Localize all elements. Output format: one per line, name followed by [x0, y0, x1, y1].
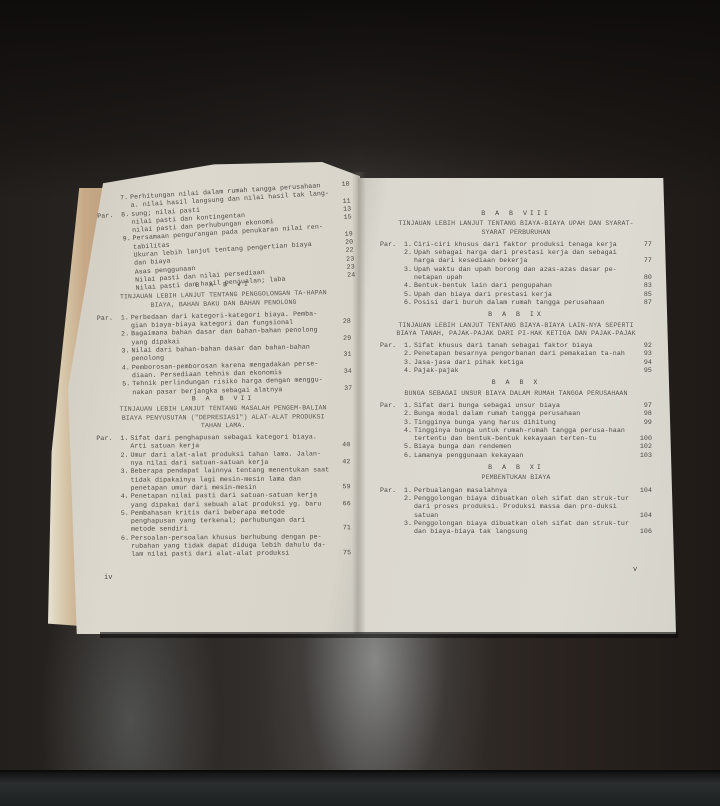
chapter-title: PEMBENTUKAN BIAYA [394, 474, 638, 482]
toc-entry: Par.1.Sifat dari penghapusan sebagai kat… [96, 433, 350, 451]
toc-par-label [100, 261, 124, 262]
chapter-heading: B A B VII [96, 394, 350, 404]
toc-page-number: 103 [636, 452, 652, 460]
toc-entry: 2.Bunga modal dalam rumah tangga perusah… [380, 410, 652, 418]
toc-list: Par.1.Sifat dari penghapusan sebagai kat… [96, 433, 351, 559]
toc-entry: 6.Persoalan-persoalan khusus berhubung d… [97, 533, 351, 560]
toc-par-label: Par. [380, 241, 404, 249]
toc-par-label [99, 244, 123, 245]
toc-par-label [97, 331, 121, 332]
toc-page-number: 77 [636, 241, 652, 249]
toc-page-number: 10 [334, 180, 350, 189]
toc-page-number: 71 [335, 525, 351, 533]
toc-page-number: 77 [636, 257, 652, 265]
toc-list: Par.1.Perbualangan masalahnya1042.Penggo… [380, 487, 652, 537]
toc-entry-number: 2. [120, 452, 130, 460]
toc-entry-number [124, 252, 134, 253]
toc-entry-text: Persoalan-persoalan khusus berhubung den… [131, 533, 335, 559]
toc-entry-text: Beberapa pendapat lainnya tentang menent… [131, 467, 335, 493]
toc-entry-number: 7. [120, 194, 130, 203]
book-spine-gutter [352, 172, 366, 634]
chapter-title: TINJAUAN LEBIH LANJUT TENTANG BIAYA-BIAY… [394, 220, 638, 237]
toc-entry: Par.1.Sifat khusus dari tanah sebagai fa… [380, 342, 652, 350]
chapter-title: BUNGA SEBAGAI UNSUR BIAYA DALAM RUMAH TA… [394, 390, 638, 398]
toc-entry-text: Sifat dari penghapusan sebagai kategori … [130, 434, 334, 452]
toc-entry-number: 5. [121, 510, 131, 518]
toc-entry-text: Tingginya bunga yang harus dihitung [414, 419, 636, 427]
toc-entry-number: 9. [122, 235, 132, 244]
toc-page-number: 97 [636, 402, 652, 410]
toc-entry-number: 5. [122, 381, 132, 390]
toc-entry-text: Pembahasan kritis dari beberapa metode p… [131, 508, 335, 534]
toc-list: Par.1.Perbedaan dari kategori-kategori b… [97, 310, 353, 398]
toc-entry-number: 3. [404, 419, 414, 427]
toc-page-number: 100 [636, 435, 652, 443]
toc-par-label [100, 253, 124, 254]
chapter-heading: B A B XI [380, 464, 652, 472]
page-number-left: iv [104, 574, 112, 582]
toc-entry-number [124, 260, 134, 261]
toc-page-number: 59 [335, 483, 351, 491]
toc-entry-text: Penggolongan biaya dibuatkan oleh sifat … [414, 495, 636, 520]
toc-page-number: 102 [636, 443, 652, 451]
toc-par-label [98, 228, 122, 229]
toc-page-number: 92 [636, 342, 652, 350]
toc-entry: 6.Posisi dari buruh dalam rumah tangga p… [380, 299, 652, 307]
toc-page-number: 29 [335, 334, 351, 343]
toc-list: Par.1.Ciri-ciri khusus dari faktor produ… [380, 241, 652, 307]
toc-entry-text: Upah dan biaya dari prestasi kerja [414, 291, 636, 299]
toc-entry-number: 4. [404, 427, 414, 435]
toc-entry-text: Perbualangan masalahnya [414, 487, 636, 495]
toc-entry-number: 6. [121, 535, 131, 543]
toc-entry-number: 3. [404, 520, 414, 528]
toc-entry-text: Bentuk-bentuk lain dari pengupahan [414, 282, 636, 290]
toc-entry-number: 4. [122, 364, 132, 373]
toc-entry: 3.Jasa-jasa dari pihak ketiga94 [380, 359, 652, 367]
toc-entry: 5.Biaya bunga dan rendemen102 [380, 443, 652, 451]
page-number-right: v [633, 566, 637, 574]
toc-entry-number: 2. [404, 350, 414, 358]
toc-entry-number: 3. [404, 359, 414, 367]
chapter-heading: B A B IX [380, 311, 652, 319]
toc-par-label [97, 203, 121, 204]
toc-entry-number: 1. [404, 342, 414, 350]
toc-entry-text: Upah sebagai harga dari prestasi kerja d… [414, 249, 636, 266]
toc-entry: 5.Pembahasan kritis dari beberapa metode… [97, 508, 351, 535]
toc-page-number: 99 [636, 419, 652, 427]
bab-vii-section: B A B VII TINJAUAN LEBIH LANJUT TENTANG … [96, 390, 351, 559]
toc-entry-number: 3. [121, 347, 131, 356]
toc-entry-text: Lamanya penggunaan kekayaan [414, 452, 636, 460]
toc-page-number: 31 [336, 351, 352, 360]
toc-entry-text: Sifat khusus dari tanah sebagai faktor b… [414, 342, 636, 350]
toc-entry-number [122, 227, 132, 228]
toc-entry-number: 6. [404, 299, 414, 307]
toc-entry: Par.1.Ciri-ciri khusus dari faktor produ… [380, 241, 652, 249]
toc-par-label: Par. [97, 314, 121, 323]
toc-list: Par.1.Sifat dari bunga sebagai unsur bia… [380, 402, 652, 460]
toc-entry-number: 1. [404, 487, 414, 495]
toc-entry-number: 2. [121, 331, 131, 340]
toc-page-number: 66 [335, 500, 351, 508]
toc-entry: 4.Bentuk-bentuk lain dari pengupahan83 [380, 282, 652, 290]
toc-entry-text: Ciri-ciri khusus dari faktor produksi te… [414, 241, 636, 249]
toc-entry-number: 3. [121, 468, 131, 476]
toc-entry: 4.Tingginya bunga untuk rumah-rumah tang… [380, 427, 652, 444]
toc-entry-text: Posisi dari buruh dalam rumah tangga per… [414, 299, 636, 307]
toc-entry: 3.Tingginya bunga yang harus dihitung99 [380, 419, 652, 427]
toc-entry-text: Penetapan besarnya pengorbanan dari pema… [414, 350, 636, 358]
toc-entry-number: 4. [404, 282, 414, 290]
toc-entry-text: Upah waktu dan upah borong dan azas-azas… [414, 266, 636, 283]
toc-par-label [98, 364, 122, 365]
toc-page-number: 15 [336, 214, 352, 223]
chapter-title: TINJAUAN LEBIH LANJUT TENTANG PENGGOLONG… [110, 289, 336, 310]
toc-page-number: 80 [636, 274, 652, 282]
table-edge [0, 770, 720, 806]
toc-page-number: 40 [334, 442, 350, 450]
toc-entry-number [125, 268, 135, 269]
toc-page-number: 104 [636, 487, 652, 495]
toc-entry-text: Bunga modal dalam rumah tangga perusahaa… [414, 410, 636, 418]
toc-entry-number: 6. [404, 452, 414, 460]
toc-page-number: 104 [636, 512, 652, 520]
toc-entry: 2.Penetapan besarnya pengorbanan dari pe… [380, 350, 652, 358]
toc-entry: 3.Upah waktu dan upah borong dan azas-az… [380, 266, 652, 283]
toc-par-label [101, 269, 125, 270]
toc-entry-text: Pajak-pajak [414, 367, 636, 375]
toc-entry-text: Sifat dari bunga sebagai unsur biaya [414, 402, 636, 410]
toc-entry: 2.Umur dari alat-alat produksi tahan lam… [96, 450, 350, 468]
toc-entry-number: 1. [120, 435, 130, 443]
toc-par-label [97, 348, 121, 349]
toc-list: Par.1.Sifat khusus dari tanah sebagai fa… [380, 342, 652, 375]
toc-entry-number: 3. [404, 266, 414, 274]
toc-entry-number: 5. [404, 291, 414, 299]
toc-entry-number: 2. [404, 410, 414, 418]
toc-entry-text: Penetapan nilai pasti dari satuan-satuan… [131, 492, 335, 510]
toc-page-number: 75 [335, 550, 351, 558]
toc-par-label: Par. [97, 211, 121, 221]
bab-vi-section: B A B VI TINJAUAN LEBIH LANJUT TENTANG P… [96, 275, 352, 398]
toc-entry: 4.Pajak-pajak95 [380, 367, 652, 375]
toc-page-number: 34 [336, 368, 352, 377]
toc-page-number: 28 [335, 318, 351, 327]
page-shadow [100, 632, 678, 638]
table-shadow [0, 0, 720, 200]
toc-page-number: 42 [334, 458, 350, 466]
toc-page-number: 83 [636, 282, 652, 290]
toc-entry-number: 4. [404, 367, 414, 375]
toc-entry: 4.Penetapan nilai pasti dari satuan-satu… [97, 491, 351, 509]
toc-page-number: 106 [636, 528, 652, 536]
toc-par-label [96, 195, 120, 196]
toc-entry: Par.1.Sifat dari bunga sebagai unsur bia… [380, 402, 652, 410]
toc-entry-number: 5. [404, 443, 414, 451]
toc-page-number: 98 [636, 410, 652, 418]
right-toc: B A B VIII TINJAUAN LEBIH LANJUT TENTANG… [380, 206, 652, 536]
toc-entry: 6.Lamanya penggunaan kekayaan103 [380, 452, 652, 460]
toc-page-number: 94 [636, 359, 652, 367]
chapter-title: TINJAUAN LEBIH LANJUT TENTANG BIAYA-BIAY… [394, 322, 638, 339]
toc-par-label [99, 236, 123, 237]
toc-par-label: Par. [380, 342, 404, 350]
chapter-heading: B A B VIII [380, 210, 652, 218]
toc-par-label: Par. [380, 487, 404, 495]
toc-entry-text: Jasa-jasa dari pihak ketiga [414, 359, 636, 367]
toc-par-label [98, 381, 122, 382]
toc-entry: 2.Penggolongan biaya dibuatkan oleh sifa… [380, 495, 652, 520]
toc-entry: 3.Beberapa pendapat lainnya tentang mene… [97, 467, 351, 494]
toc-par-label: Par. [380, 402, 404, 410]
toc-page-number: 87 [636, 299, 652, 307]
toc-entry-number: 1. [404, 402, 414, 410]
chapter-title: TINJAUAN LEBIH LANJUT TENTANG MASALAH PE… [110, 405, 336, 431]
toc-par-label: Par. [96, 435, 120, 443]
toc-entry: Par.1.Perbualangan masalahnya104 [380, 487, 652, 495]
toc-entry-number: 2. [404, 249, 414, 257]
toc-entry-text: Biaya bunga dan rendemen [414, 443, 636, 451]
toc-entry: 5.Upah dan biaya dari prestasi kerja85 [380, 291, 652, 299]
toc-page-number: 95 [636, 367, 652, 375]
toc-entry: 3.Penggolongan biaya dibuatkan oleh sifa… [380, 520, 652, 537]
chapter-heading: B A B X [380, 379, 652, 387]
toc-entry-number: 1. [404, 241, 414, 249]
toc-entry-number: 8. [121, 210, 131, 219]
toc-entry-number: 4. [121, 493, 131, 501]
toc-page-number: 93 [636, 350, 652, 358]
toc-entry-text: Umur dari alat-alat produksi tahan lama.… [130, 450, 334, 468]
toc-entry-text: Tingginya bunga untuk rumah-rumah tangga… [414, 427, 636, 444]
toc-page-number: 85 [636, 291, 652, 299]
toc-entry-number: 2. [404, 495, 414, 503]
toc-entry-text: Penggolongan biaya dibuatkan oleh sifat … [414, 520, 636, 537]
toc-entry: 2.Upah sebagai harga dari prestasi kerja… [380, 249, 652, 266]
toc-entry-number: 1. [121, 314, 131, 323]
toc-entry-number [125, 277, 135, 278]
